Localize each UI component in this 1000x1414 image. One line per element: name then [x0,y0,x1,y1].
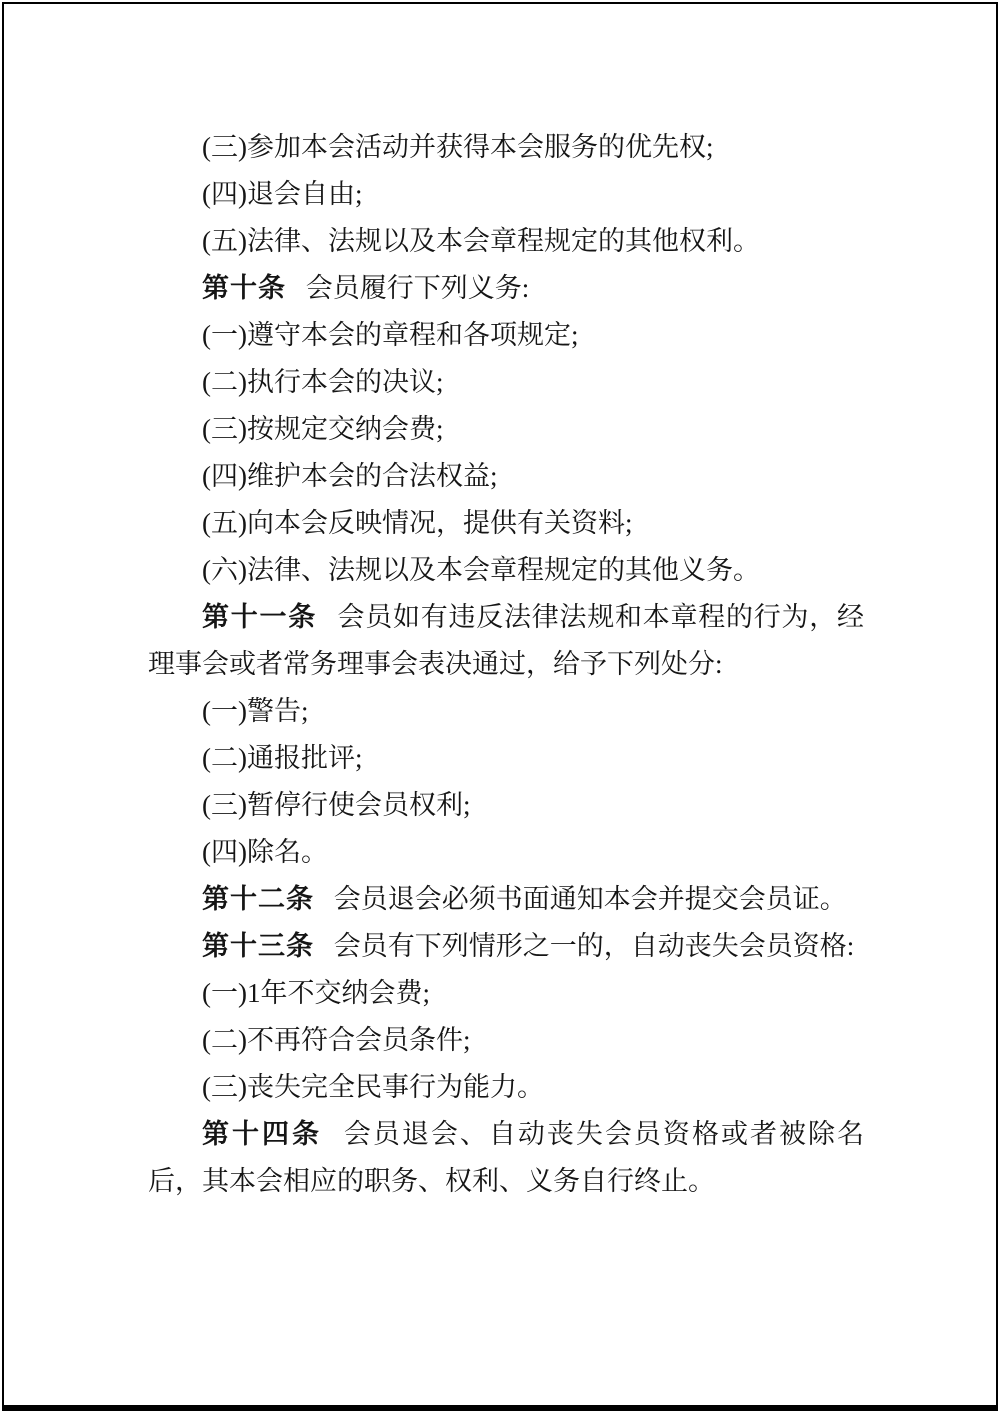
paragraph-text: 会员退会必须书面通知本会并提交会员证。 [334,884,847,914]
paragraph: (一)警告; [148,688,864,735]
paragraph-text: (一)警告; [202,696,308,726]
paragraph: (二)通报批评; [148,735,864,782]
article-label: 第十三条 [202,931,314,961]
paragraph: 第十一条 会员如有违反法律法规和本章程的行为，经理事会或者常务理事会表决通过，给… [148,594,864,688]
paragraph: (三)暂停行使会员权利; [148,782,864,829]
paragraph: (五)法律、法规以及本会章程规定的其他权利。 [148,218,864,265]
paragraph-text: (三)丧失完全民事行为能力。 [202,1072,544,1102]
paragraph-text: (四)退会自由; [202,179,362,209]
paragraph: (五)向本会反映情况，提供有关资料; [148,500,864,547]
paragraph-text: (二)不再符合会员条件; [202,1025,470,1055]
article-label: 第十条 [202,273,286,303]
paragraph-text: (三)按规定交纳会费; [202,414,443,444]
paragraph: (四)维护本会的合法权益; [148,453,864,500]
paragraph-text: (三)参加本会活动并获得本会服务的优先权; [202,132,713,162]
paragraph: (一)1年不交纳会费; [148,970,864,1017]
paragraph: (四)除名。 [148,829,864,876]
paragraph-text: (二)执行本会的决议; [202,367,443,397]
paragraph-text: (五)向本会反映情况，提供有关资料; [202,508,632,538]
paragraph-text: (一)1年不交纳会费; [202,978,430,1008]
article-label: 第十二条 [202,884,314,914]
paragraph-text: (四)维护本会的合法权益; [202,461,497,491]
paragraph-text: 会员履行下列义务: [306,273,530,303]
paragraph-text: (三)暂停行使会员权利; [202,790,470,820]
paragraph: 第十二条 会员退会必须书面通知本会并提交会员证。 [148,876,864,923]
paragraph-text: (六)法律、法规以及本会章程规定的其他义务。 [202,555,760,585]
paragraph-text: (一)遵守本会的章程和各项规定; [202,320,578,350]
paragraph-text: (二)通报批评; [202,743,362,773]
document-body: (三)参加本会活动并获得本会服务的优先权; (四)退会自由; (五)法律、法规以… [148,124,864,1205]
paragraph: 第十三条 会员有下列情形之一的，自动丧失会员资格: [148,923,864,970]
paragraph: (三)丧失完全民事行为能力。 [148,1064,864,1111]
paragraph: (一)遵守本会的章程和各项规定; [148,312,864,359]
article-label: 第十一条 [202,602,317,632]
paragraph-text: (四)除名。 [202,837,328,867]
paragraph: 第十条 会员履行下列义务: [148,265,864,312]
article-label: 第十四条 [202,1119,322,1149]
paragraph: (三)按规定交纳会费; [148,406,864,453]
paragraph: (二)不再符合会员条件; [148,1017,864,1064]
paragraph: (四)退会自由; [148,171,864,218]
paragraph-text: 会员有下列情形之一的，自动丧失会员资格: [334,931,855,961]
paragraph: (二)执行本会的决议; [148,359,864,406]
paragraph: (三)参加本会活动并获得本会服务的优先权; [148,124,864,171]
paragraph: (六)法律、法规以及本会章程规定的其他义务。 [148,547,864,594]
paragraph: 第十四条 会员退会、自动丧失会员资格或者被除名后，其本会相应的职务、权利、义务自… [148,1111,864,1205]
paragraph-text: (五)法律、法规以及本会章程规定的其他权利。 [202,226,760,256]
document-page: (三)参加本会活动并获得本会服务的优先权; (四)退会自由; (五)法律、法规以… [0,0,1000,1414]
